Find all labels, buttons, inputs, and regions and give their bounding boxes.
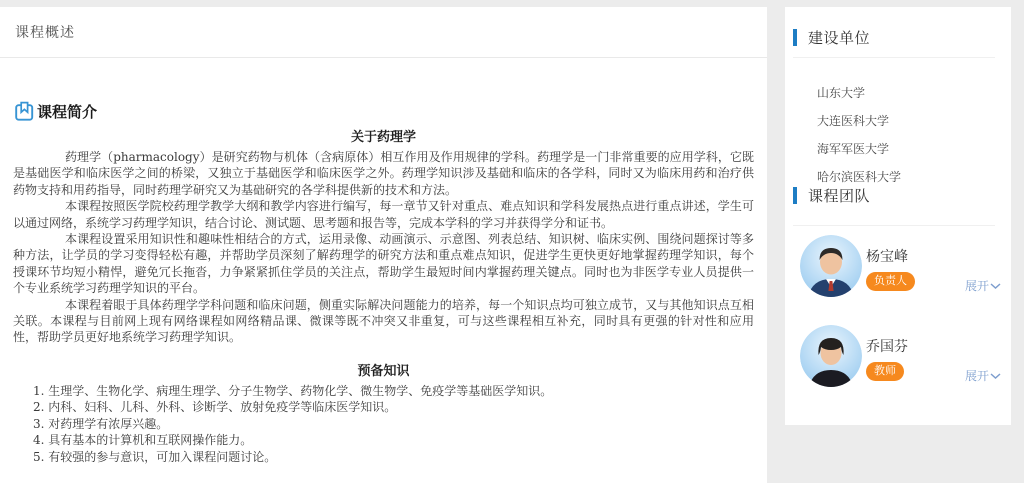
page-header: 课程概述: [0, 7, 767, 58]
course-intro-title: 课程简介: [37, 101, 97, 122]
team-member-row: 乔国芬 教师 展开: [785, 325, 1011, 395]
sidebar-panel: 建设单位 山东大学 大连医科大学 海军军医大学 哈尔滨医科大学 课程团队: [785, 7, 1011, 425]
prerequisite-item: 1. 生理学、生物化学、病理生理学、分子生物学、药物化学、微生物学、免疫学等基础…: [13, 383, 754, 399]
unit-item-navy[interactable]: 海军军医大学: [817, 140, 889, 157]
about-paragraph: 本课程设置采用知识性和趣味性相结合的方式，运用录像、动画演示、示意图、列表总结、…: [13, 231, 754, 297]
about-paragraph: 药理学（pharmacology）是研究药物与机体（含病原体）相互作用及作用规律…: [13, 149, 754, 198]
avatar-qiao-guofen: [800, 325, 862, 387]
building-units-header: 建设单位: [793, 27, 870, 48]
divider: [793, 225, 995, 226]
course-team-header: 课程团队: [793, 185, 870, 206]
divider: [793, 57, 995, 58]
prerequisites-heading: 预备知识: [13, 363, 754, 380]
unit-item-shandong[interactable]: 山东大学: [817, 84, 865, 101]
chevron-down-icon: [990, 282, 1001, 290]
unit-item-dalian[interactable]: 大连医科大学: [817, 112, 889, 129]
page-title: 课程概述: [15, 22, 75, 42]
book-bookmark-icon: [14, 101, 35, 122]
prerequisite-item: 5. 有较强的参与意识，可加入课程问题讨论。: [13, 449, 754, 465]
unit-item-harbin[interactable]: 哈尔滨医科大学: [817, 168, 901, 185]
accent-bar: [793, 187, 797, 204]
member-role-badge: 负责人: [866, 272, 915, 291]
expand-member-button[interactable]: 展开: [965, 277, 1001, 294]
prerequisite-item: 4. 具有基本的计算机和互联网操作能力。: [13, 432, 754, 448]
expand-label: 展开: [965, 277, 989, 294]
about-pharmacology-heading: 关于药理学: [13, 129, 754, 146]
expand-member-button[interactable]: 展开: [965, 367, 1001, 384]
avatar-yang-baofeng: [800, 235, 862, 297]
course-intro-section-header: 课程简介: [14, 101, 767, 122]
chevron-down-icon: [990, 372, 1001, 380]
building-units-title: 建设单位: [808, 27, 870, 48]
team-member-row: 杨宝峰 负责人 展开: [785, 235, 1011, 305]
member-name: 乔国芬: [866, 336, 908, 356]
member-role-badge: 教师: [866, 362, 904, 381]
prerequisite-item: 2. 内科、妇科、儿科、外科、诊断学、放射免疫学等临床医学知识。: [13, 399, 754, 415]
member-name: 杨宝峰: [866, 246, 908, 266]
about-paragraph: 本课程着眼于具体药理学学科问题和临床问题，侧重实际解决问题能力的培养，每一个知识…: [13, 297, 754, 346]
about-paragraph: 本课程按照医学院校药理学教学大纲和教学内容进行编写，每一章节又针对重点、难点知识…: [13, 198, 754, 231]
course-team-title: 课程团队: [808, 185, 870, 206]
accent-bar: [793, 29, 797, 46]
prerequisite-item: 3. 对药理学有浓厚兴趣。: [13, 416, 754, 432]
course-overview-panel: 课程概述 课程简介 关于药理学 药理学（pharmacology）是研究药物与机…: [0, 7, 767, 483]
course-intro-article: 关于药理学 药理学（pharmacology）是研究药物与机体（含病原体）相互作…: [13, 129, 754, 465]
expand-label: 展开: [965, 367, 989, 384]
